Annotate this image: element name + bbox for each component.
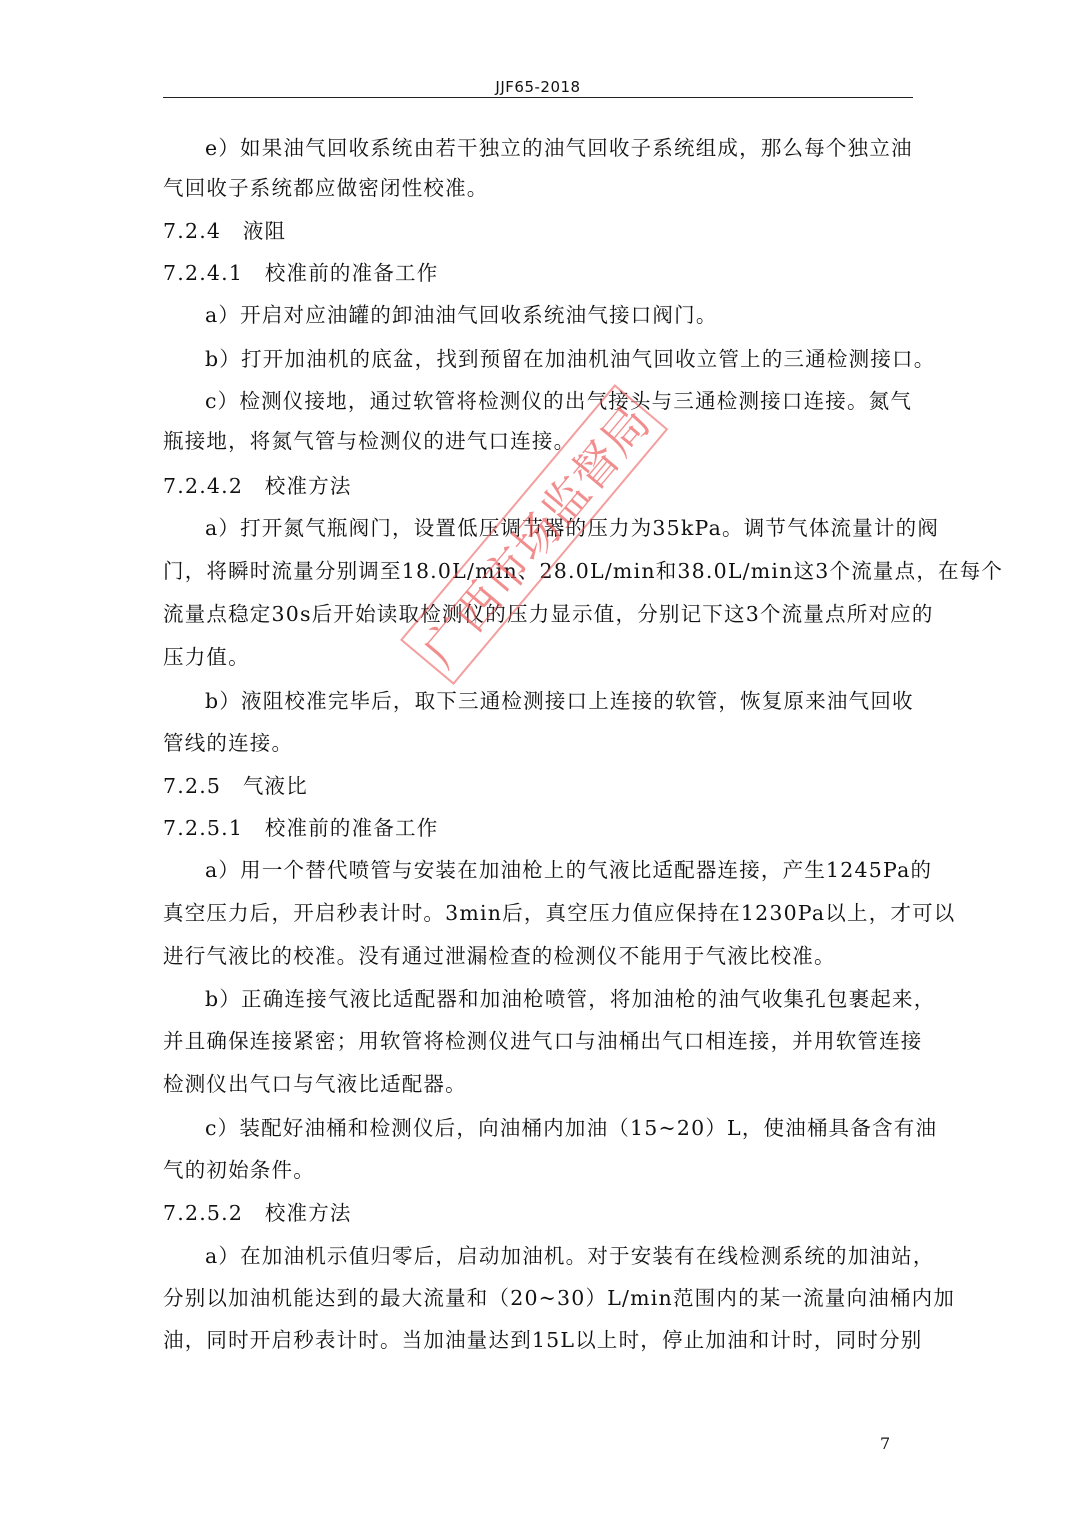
paragraph-line: 流量点稳定30s后开始读取检测仪的压力显示值，分别记下这3个流量点所对应的 [163, 599, 934, 629]
paragraph-line: 气回收子系统都应做密闭性校准。 [163, 173, 489, 203]
section-heading: 7.2.4 液阻 [163, 216, 286, 246]
paragraph-line: 真空压力后，开启秒表计时。3min后，真空压力值应保持在1230Pa以上，才可以 [163, 898, 956, 928]
paragraph-line: 管线的连接。 [163, 728, 293, 758]
paragraph-line: 分别以加油机能达到的最大流量和（20~30）L/min范围内的某一流量向油桶内加 [163, 1283, 955, 1313]
paragraph-line: 门，将瞬时流量分别调至18.0L/min、28.0L/min和38.0L/min… [163, 556, 1003, 586]
section-heading: 7.2.5.1 校准前的准备工作 [163, 813, 438, 843]
paragraph-line: 进行气液比的校准。没有通过泄漏检查的检测仪不能用于气液比校准。 [163, 941, 836, 971]
paragraph-line: 油，同时开启秒表计时。当加油量达到15L以上时，停止加油和计时，同时分别 [163, 1325, 922, 1355]
paragraph-line: b）打开加油机的底盆，找到预留在加油机油气回收立管上的三通检测接口。 [205, 344, 935, 374]
paragraph-line: b）正确连接气液比适配器和加油枪喷管，将加油枪的油气收集孔包裹起来， [205, 984, 935, 1014]
section-heading: 7.2.5.2 校准方法 [163, 1198, 352, 1228]
paragraph-line: a）用一个替代喷管与安装在加油枪上的气液比适配器连接，产生1245Pa的 [205, 855, 932, 885]
paragraph-line: 气的初始条件。 [163, 1155, 315, 1185]
paragraph-line: 压力值。 [163, 642, 250, 672]
section-heading: 7.2.4.1 校准前的准备工作 [163, 258, 438, 288]
document-code-header: JJF65-2018 [163, 78, 913, 96]
paragraph-line: a）开启对应油罐的卸油油气回收系统油气接口阀门。 [205, 300, 718, 330]
paragraph-line: a）打开氮气瓶阀门，设置低压调节器的压力为35kPa。调节气体流量计的阀 [205, 513, 939, 543]
paragraph-line: b）液阻校准完毕后，取下三通检测接口上连接的软管，恢复原来油气回收 [205, 686, 914, 716]
paragraph-line: 并且确保连接紧密；用软管将检测仪进气口与油桶出气口相连接，并用软管连接 [163, 1026, 923, 1056]
paragraph-line: c）装配好油桶和检测仪后，向油桶内加油（15~20）L，使油桶具备含有油 [205, 1113, 937, 1143]
paragraph-line: e）如果油气回收系统由若干独立的油气回收子系统组成，那么每个独立油 [205, 133, 913, 163]
page-number: 7 [880, 1434, 890, 1453]
paragraph-line: c）检测仪接地，通过软管将检测仪的出气接头与三通检测接口连接。氮气 [205, 386, 912, 416]
paragraph-line: a）在加油机示值归零后，启动加油机。对于安装有在线检测系统的加油站， [205, 1241, 935, 1271]
section-heading: 7.2.4.2 校准方法 [163, 471, 352, 501]
header-divider [163, 97, 913, 98]
section-heading: 7.2.5 气液比 [163, 771, 308, 801]
paragraph-line: 瓶接地，将氮气管与检测仪的进气口连接。 [163, 426, 575, 456]
paragraph-line: 检测仪出气口与气液比适配器。 [163, 1069, 467, 1099]
